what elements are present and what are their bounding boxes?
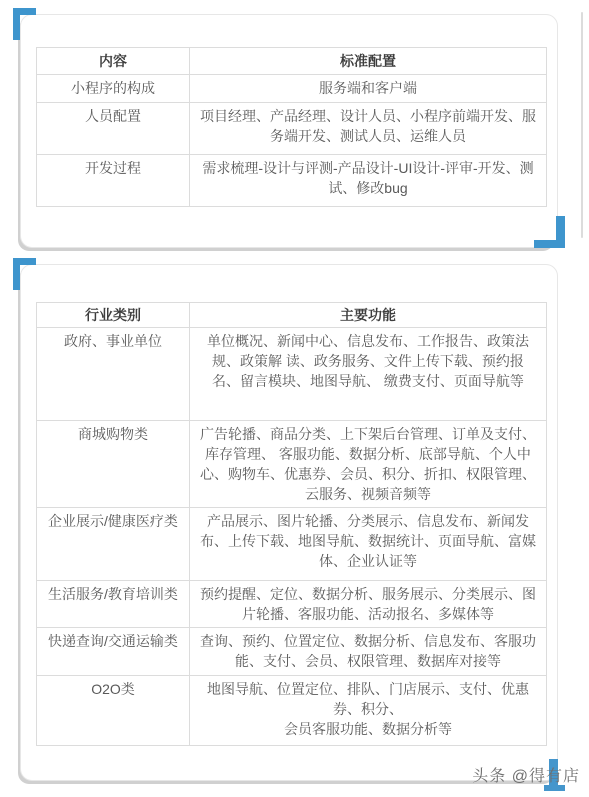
table-row: 政府、事业单位 单位概况、新闻中心、信息发布、工作报告、政策法规、政策解 读、政… [37, 328, 547, 421]
table-row: 快递查询/交通运输类 查询、预约、位置定位、数据分析、信息发布、客服功能、支付、… [37, 628, 547, 676]
row-value-cell: 查询、预约、位置定位、数据分析、信息发布、客服功能、支付、会员、权限管理、数据库… [190, 628, 547, 676]
config-table: 内容 标准配置 小程序的构成 服务端和客户端 人员配置 项目经理、产品经理、设计… [36, 47, 547, 207]
table-row: O2O类 地图导航、位置定位、排队、门店展示、支付、优惠券、积分、 会员客服功能… [37, 676, 547, 746]
watermark-text: 头条 @得有店 [472, 763, 580, 786]
industry-table: 行业类别 主要功能 政府、事业单位 单位概况、新闻中心、信息发布、工作报告、政策… [36, 302, 547, 746]
table-row: 人员配置 项目经理、产品经理、设计人员、小程序前端开发、服务端开发、测试人员、运… [37, 103, 547, 155]
config-table-card: 内容 标准配置 小程序的构成 服务端和客户端 人员配置 项目经理、产品经理、设计… [20, 14, 558, 248]
table-header-row: 行业类别 主要功能 [37, 303, 547, 328]
table-row: 小程序的构成 服务端和客户端 [37, 75, 547, 103]
table-row: 商城购物类 广告轮播、商品分类、上下架后台管理、订单及支付、库存管理、 客服功能… [37, 421, 547, 508]
row-label-cell: 商城购物类 [37, 421, 190, 508]
row-value-cell: 地图导航、位置定位、排队、门店展示、支付、优惠券、积分、 会员客服功能、数据分析… [190, 676, 547, 746]
column-header: 标准配置 [190, 48, 547, 75]
corner-bracket-icon [534, 216, 565, 248]
row-label-cell: 小程序的构成 [37, 75, 190, 103]
table-header-row: 内容 标准配置 [37, 48, 547, 75]
row-label-cell: 快递查询/交通运输类 [37, 628, 190, 676]
table-row: 生活服务/教育培训类 预约提醒、定位、数据分析、服务展示、分类展示、图片轮播、客… [37, 581, 547, 628]
industry-table-card: 行业类别 主要功能 政府、事业单位 单位概况、新闻中心、信息发布、工作报告、政策… [20, 264, 558, 781]
right-edge-line [581, 12, 583, 238]
row-value-cell: 单位概况、新闻中心、信息发布、工作报告、政策法规、政策解 读、政务服务、文件上传… [190, 328, 547, 421]
row-value-cell: 服务端和客户端 [190, 75, 547, 103]
corner-bracket-icon [13, 8, 36, 40]
row-label-cell: 政府、事业单位 [37, 328, 190, 421]
table-row: 企业展示/健康医疗类 产品展示、图片轮播、分类展示、信息发布、新闻发布、上传下载… [37, 508, 547, 581]
row-value-cell: 需求梳理-设计与评测-产品设计-UI设计-评审-开发、测试、修改bug [190, 155, 547, 207]
corner-bracket-icon [13, 258, 36, 290]
row-label-cell: O2O类 [37, 676, 190, 746]
row-label-cell: 生活服务/教育培训类 [37, 581, 190, 628]
article-page: 内容 标准配置 小程序的构成 服务端和客户端 人员配置 项目经理、产品经理、设计… [0, 0, 589, 797]
row-label-cell: 企业展示/健康医疗类 [37, 508, 190, 581]
row-value-cell: 预约提醒、定位、数据分析、服务展示、分类展示、图片轮播、客服功能、活动报名、多媒… [190, 581, 547, 628]
column-header: 内容 [37, 48, 190, 75]
column-header: 主要功能 [190, 303, 547, 328]
row-value-cell: 产品展示、图片轮播、分类展示、信息发布、新闻发布、上传下载、地图导航、数据统计、… [190, 508, 547, 581]
column-header: 行业类别 [37, 303, 190, 328]
row-label-cell: 人员配置 [37, 103, 190, 155]
row-value-cell: 项目经理、产品经理、设计人员、小程序前端开发、服务端开发、测试人员、运维人员 [190, 103, 547, 155]
row-label-cell: 开发过程 [37, 155, 190, 207]
row-value-cell: 广告轮播、商品分类、上下架后台管理、订单及支付、库存管理、 客服功能、数据分析、… [190, 421, 547, 508]
table-row: 开发过程 需求梳理-设计与评测-产品设计-UI设计-评审-开发、测试、修改bug [37, 155, 547, 207]
